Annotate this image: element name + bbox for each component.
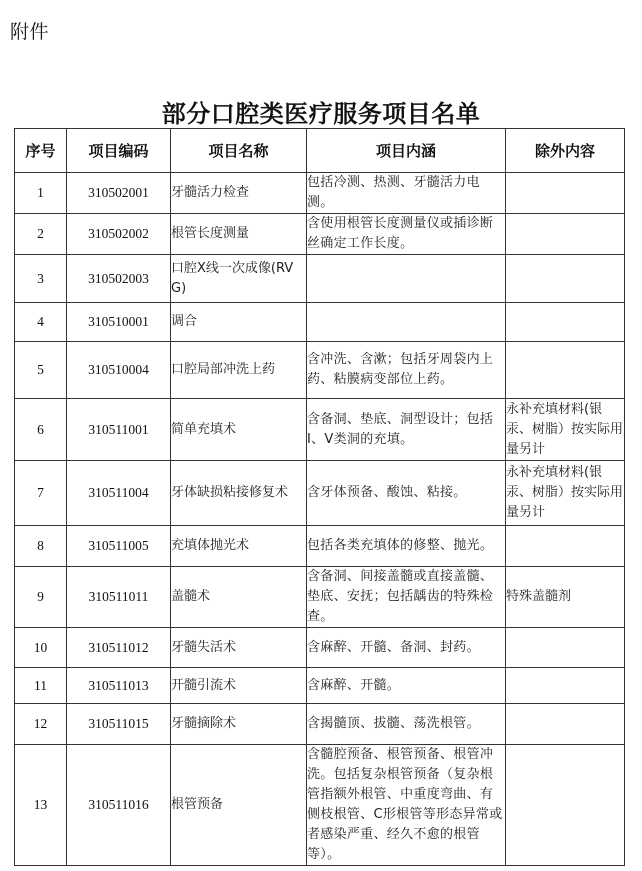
table-row: 9 310511011 盖髓术 含备洞、间接盖髓或直接盖髓、垫底、安抚；包括龋齿… [15, 567, 625, 628]
cell-name: 盖髓术 [171, 567, 307, 628]
header-excluded: 除外内容 [506, 129, 625, 173]
cell-name: 牙髓失活术 [171, 628, 307, 668]
cell-no: 12 [15, 704, 67, 745]
cell-no: 2 [15, 214, 67, 255]
table-row: 1 310502001 牙髓活力检查 包括冷测、热测、牙髓活力电测。 [15, 173, 625, 214]
cell-name: 根管预备 [171, 745, 307, 866]
cell-name: 牙髓活力检查 [171, 173, 307, 214]
cell-code: 310510004 [67, 342, 171, 399]
cell-content: 含冲洗、含漱；包括牙周袋内上药、粘膜病变部位上药。 [307, 342, 506, 399]
header-name: 项目名称 [171, 129, 307, 173]
cell-excluded: 永补充填材料(银汞、树脂）按实际用量另计 [506, 399, 625, 461]
cell-content: 包括冷测、热测、牙髓活力电测。 [307, 173, 506, 214]
cell-no: 13 [15, 745, 67, 866]
cell-content: 含麻醉、开髓。 [307, 668, 506, 704]
table-row: 13 310511016 根管预备 含髓腔预备、根管预备、根管冲洗。包括复杂根管… [15, 745, 625, 866]
cell-excluded [506, 628, 625, 668]
cell-name: 调合 [171, 303, 307, 342]
document-title: 部分口腔类医疗服务项目名单 [0, 94, 642, 129]
table-row: 10 310511012 牙髓失活术 含麻醉、开髓、备洞、封药。 [15, 628, 625, 668]
cell-name: 牙髓摘除术 [171, 704, 307, 745]
cell-code: 310511004 [67, 461, 171, 526]
cell-excluded: 特殊盖髓剂 [506, 567, 625, 628]
cell-excluded [506, 255, 625, 303]
cell-code: 310511016 [67, 745, 171, 866]
cell-excluded [506, 526, 625, 567]
cell-content: 含牙体预备、酸蚀、粘接。 [307, 461, 506, 526]
cell-no: 7 [15, 461, 67, 526]
cell-content: 含髓腔预备、根管预备、根管冲洗。包括复杂根管预备（复杂根管指额外根管、中重度弯曲… [307, 745, 506, 866]
cell-no: 8 [15, 526, 67, 567]
table-row: 2 310502002 根管长度测量 含使用根管长度测量仪或插诊断丝确定工作长度… [15, 214, 625, 255]
table-row: 11 310511013 开髓引流术 含麻醉、开髓。 [15, 668, 625, 704]
table-row: 3 310502003 口腔X线一次成像(RVG) [15, 255, 625, 303]
cell-name: 口腔X线一次成像(RVG) [171, 255, 307, 303]
attachment-label: 附件 [10, 17, 49, 44]
cell-excluded [506, 342, 625, 399]
cell-excluded [506, 704, 625, 745]
cell-excluded [506, 668, 625, 704]
cell-code: 310511012 [67, 628, 171, 668]
cell-excluded [506, 303, 625, 342]
cell-code: 310511015 [67, 704, 171, 745]
cell-code: 310502002 [67, 214, 171, 255]
cell-content: 含揭髓顶、拔髓、荡洗根管。 [307, 704, 506, 745]
cell-code: 310510001 [67, 303, 171, 342]
cell-code: 310511005 [67, 526, 171, 567]
table-row: 7 310511004 牙体缺损粘接修复术 含牙体预备、酸蚀、粘接。 永补充填材… [15, 461, 625, 526]
cell-no: 9 [15, 567, 67, 628]
cell-name: 根管长度测量 [171, 214, 307, 255]
cell-content [307, 303, 506, 342]
table-row: 5 310510004 口腔局部冲洗上药 含冲洗、含漱；包括牙周袋内上药、粘膜病… [15, 342, 625, 399]
cell-name: 开髓引流术 [171, 668, 307, 704]
cell-name: 简单充填术 [171, 399, 307, 461]
cell-content [307, 255, 506, 303]
cell-code: 310511011 [67, 567, 171, 628]
cell-code: 310502001 [67, 173, 171, 214]
cell-no: 3 [15, 255, 67, 303]
cell-excluded [506, 745, 625, 866]
cell-name: 充填体抛光术 [171, 526, 307, 567]
table-row: 4 310510001 调合 [15, 303, 625, 342]
cell-excluded [506, 214, 625, 255]
table-row: 6 310511001 简单充填术 含备洞、垫底、洞型设计；包括I、V类洞的充填… [15, 399, 625, 461]
cell-no: 5 [15, 342, 67, 399]
table-row: 12 310511015 牙髓摘除术 含揭髓顶、拔髓、荡洗根管。 [15, 704, 625, 745]
cell-content: 含麻醉、开髓、备洞、封药。 [307, 628, 506, 668]
cell-code: 310502003 [67, 255, 171, 303]
service-items-table: 序号 项目编码 项目名称 项目内涵 除外内容 1 310502001 牙髓活力检… [14, 128, 625, 866]
cell-no: 10 [15, 628, 67, 668]
cell-content: 含备洞、间接盖髓或直接盖髓、垫底、安抚；包括龋齿的特殊检查。 [307, 567, 506, 628]
cell-no: 1 [15, 173, 67, 214]
cell-excluded: 永补充填材料(银汞、树脂）按实际用量另计 [506, 461, 625, 526]
header-code: 项目编码 [67, 129, 171, 173]
cell-content: 含备洞、垫底、洞型设计；包括I、V类洞的充填。 [307, 399, 506, 461]
table-row: 8 310511005 充填体抛光术 包括各类充填体的修整、抛光。 [15, 526, 625, 567]
header-content: 项目内涵 [307, 129, 506, 173]
cell-excluded [506, 173, 625, 214]
cell-no: 6 [15, 399, 67, 461]
header-no: 序号 [15, 129, 67, 173]
cell-no: 11 [15, 668, 67, 704]
cell-code: 310511013 [67, 668, 171, 704]
table-header-row: 序号 项目编码 项目名称 项目内涵 除外内容 [15, 129, 625, 173]
cell-name: 口腔局部冲洗上药 [171, 342, 307, 399]
cell-no: 4 [15, 303, 67, 342]
cell-code: 310511001 [67, 399, 171, 461]
cell-content: 含使用根管长度测量仪或插诊断丝确定工作长度。 [307, 214, 506, 255]
cell-name: 牙体缺损粘接修复术 [171, 461, 307, 526]
cell-content: 包括各类充填体的修整、抛光。 [307, 526, 506, 567]
